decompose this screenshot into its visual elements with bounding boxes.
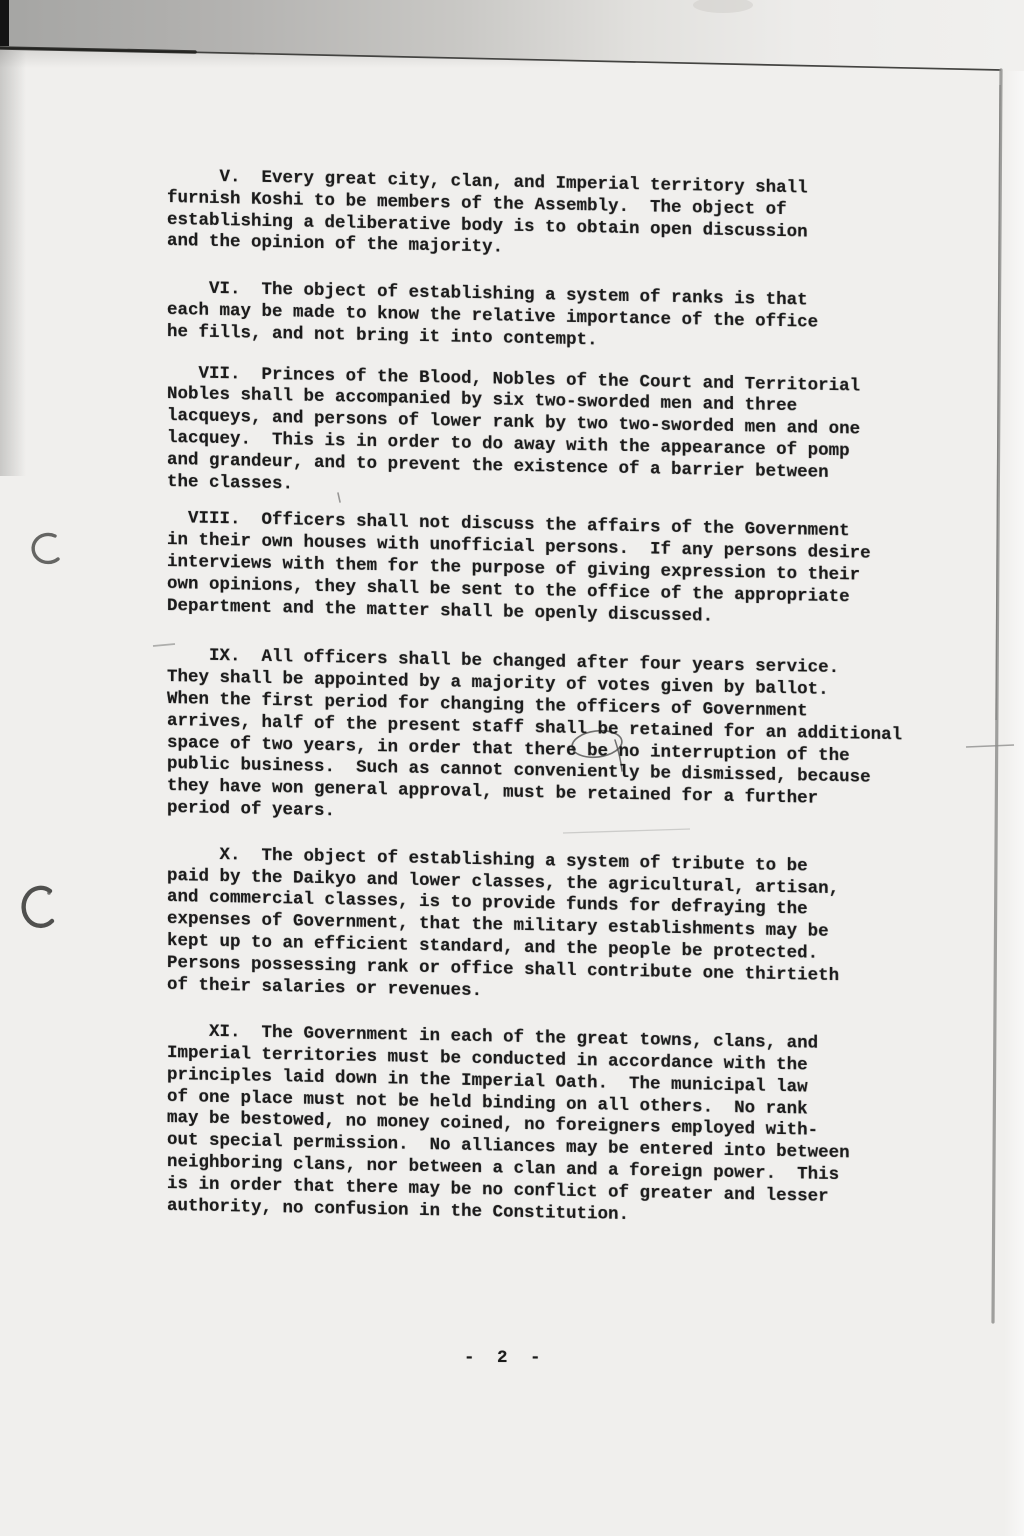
- right-edge-line-dark: [996, 85, 1000, 720]
- paragraph-ix: IX. All officers shall be changed after …: [167, 645, 967, 835]
- right-edge-highlight: [1004, 70, 1024, 1536]
- top-scan-wedge: [0, 0, 1024, 71]
- paragraph-viii: VIII. Officers shall not discuss the aff…: [167, 508, 967, 633]
- corner-black-strip: [0, 0, 9, 46]
- document-text: V. Every great city, clan, and Imperial …: [167, 166, 967, 1233]
- paragraph-v: V. Every great city, clan, and Imperial …: [167, 166, 967, 269]
- top-smudge: [693, 0, 753, 13]
- left-edge-shading: [0, 46, 26, 476]
- pencil-crescent-mark-1: [33, 534, 58, 562]
- pencil-crescent-mark-2: [24, 888, 52, 926]
- paragraph-x: X. The object of establishing a system o…: [167, 844, 967, 1012]
- top-fold-line: [0, 48, 1001, 70]
- paragraph-vi: VI. The object of establishing a system …: [167, 278, 967, 359]
- top-fold-line-thick-left: [0, 48, 195, 52]
- right-edge-tick: [966, 745, 1014, 747]
- paragraph-xi: XI. The Government in each of the great …: [167, 1021, 967, 1233]
- scanned-document-page: V. Every great city, clan, and Imperial …: [0, 0, 1024, 1536]
- paragraph-vii: VII. Princes of the Blood, Nobles of the…: [167, 363, 967, 509]
- right-edge-line: [993, 70, 1001, 1322]
- top-line-shadow: [0, 50, 560, 68]
- page-number: - 2 -: [464, 1348, 547, 1368]
- pencil-dot-mark: [47, 891, 51, 895]
